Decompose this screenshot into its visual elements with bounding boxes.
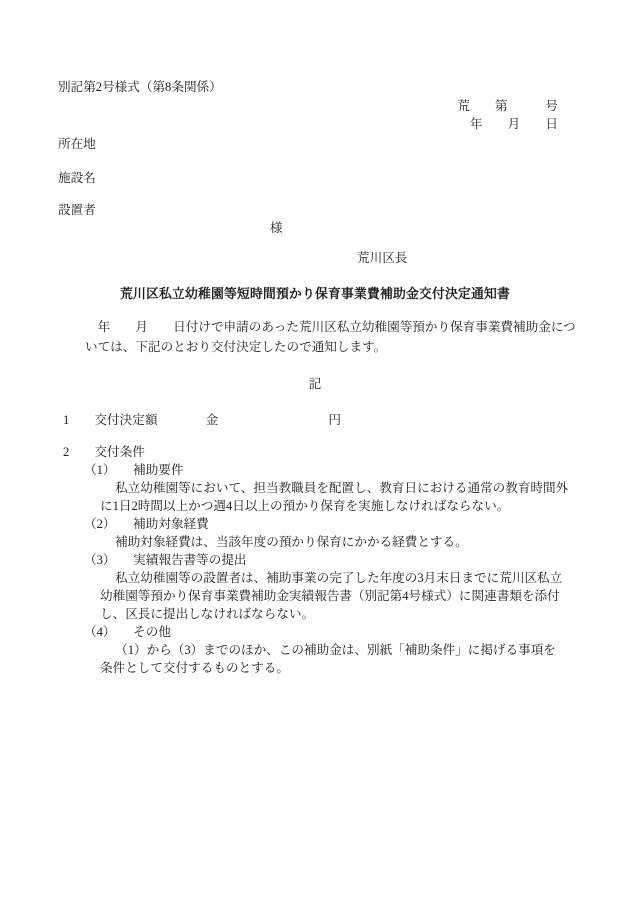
form-code: 別記第2号様式（第8条関係） (58, 78, 572, 96)
subitem-body-line: し、区長に提出しなければならない。 (100, 605, 572, 623)
sender-name: 荒川区長 (357, 249, 572, 267)
subitem-subsidy-requirements: （1） 補助要件 私立幼稚園等において、担当教職員を配置し、教育日における通常の… (58, 461, 572, 515)
subitem-body-line: 幼稚園等預かり保育事業費補助金実績報告書（別記第4号様式）に関連書類を添付 (100, 587, 572, 605)
subitem-body: 私立幼稚園等の設置者は、補助事業の完了した年度の3月末日までに荒川区私立 幼稚園… (100, 569, 572, 623)
reference-block: 荒 第 号 年 月 日 (58, 97, 572, 133)
subitem-number: （2） (84, 515, 130, 533)
subitem-heading: （1） 補助要件 (84, 461, 572, 479)
document-title: 荒川区私立幼稚園等短時間預かり保育事業費補助金交付決定通知書 (58, 285, 572, 303)
grant-amount-row: 1 交付決定額 金 円 (58, 411, 572, 429)
subitem-number: （4） (84, 623, 130, 641)
grant-conditions-heading: 2 交付条件 (58, 443, 572, 461)
subitem-title: 実績報告書等の提出 (133, 553, 246, 567)
date-line: 年 月 日 (58, 115, 558, 133)
subitem-body: （1）から（3）までのほか、この補助金は、別紙「補助条件」に掲げる事項を 条件と… (100, 641, 572, 677)
subitem-body-line: 補助対象経費は、当該年度の預かり保育にかかる経費とする。 (100, 533, 572, 551)
subitem-body-line: 私立幼稚園等において、担当教職員を配置し、教育日における通常の教育時間外 (100, 479, 572, 497)
notice-document: 別記第2号様式（第8条関係） 荒 第 号 年 月 日 所在地 施設名 設置者 様… (0, 0, 630, 903)
subitem-number: （1） (84, 461, 130, 479)
subitem-performance-report: （3） 実績報告書等の提出 私立幼稚園等の設置者は、補助事業の完了した年度の3月… (58, 551, 572, 623)
subitem-title: その他 (133, 625, 171, 639)
subitem-body: 私立幼稚園等において、担当教職員を配置し、教育日における通常の教育時間外 に1日… (100, 479, 572, 515)
subitem-eligible-expenses: （2） 補助対象経費 補助対象経費は、当該年度の預かり保育にかかる経費とする。 (58, 515, 572, 551)
subitem-body: 補助対象経費は、当該年度の預かり保育にかかる経費とする。 (100, 533, 572, 551)
honorific-sama: 様 (270, 219, 572, 237)
subitem-title: 補助対象経費 (133, 517, 209, 531)
intro-paragraph: 年 月 日付けで申請のあった荒川区私立幼稚園等預かり保育事業費補助金につ いては… (85, 318, 572, 357)
subitem-body-line: （1）から（3）までのほか、この補助金は、別紙「補助条件」に掲げる事項を (100, 641, 572, 659)
subitem-other: （4） その他 （1）から（3）までのほか、この補助金は、別紙「補助条件」に掲げ… (58, 623, 572, 677)
document-number-line: 荒 第 号 (58, 97, 558, 115)
subitem-body-line: 条件として交付するものとする。 (100, 659, 572, 677)
currency-suffix: 円 (328, 413, 341, 427)
facility-name-label: 施設名 (58, 169, 572, 187)
intro-line: いては、下記のとおり交付決定したので通知します。 (85, 338, 572, 358)
subitem-heading: （4） その他 (84, 623, 572, 641)
intro-line: 年 月 日付けで申請のあった荒川区私立幼稚園等預かり保育事業費補助金につ (85, 318, 572, 338)
item-number: 1 (63, 413, 69, 427)
grant-conditions-label: 交付条件 (94, 445, 144, 459)
ki-marker: 記 (58, 375, 572, 393)
subitem-body-line: に1日2時間以上かつ週4日以上の預かり保育を実施しなければならない。 (100, 497, 572, 515)
subitem-heading: （2） 補助対象経費 (84, 515, 572, 533)
currency-prefix: 金 (206, 413, 219, 427)
subitem-body-line: 私立幼稚園等の設置者は、補助事業の完了した年度の3月末日までに荒川区私立 (100, 569, 572, 587)
founder-label: 設置者 (58, 201, 572, 219)
item-number: 2 (63, 445, 69, 459)
grant-amount-label: 交付決定額 (94, 413, 157, 427)
address-label: 所在地 (58, 135, 572, 153)
subitem-title: 補助要件 (133, 463, 183, 477)
subitem-heading: （3） 実績報告書等の提出 (84, 551, 572, 569)
subitem-number: （3） (84, 551, 130, 569)
